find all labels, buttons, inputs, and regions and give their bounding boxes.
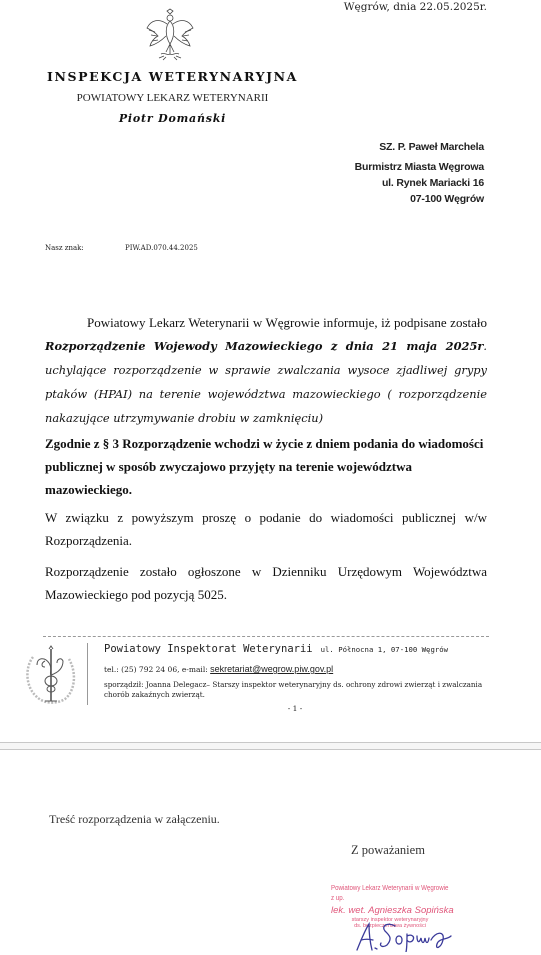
footer-vertical-divider: [87, 643, 88, 705]
organization-title: INSPEKCJA WETERYNARYJNA: [45, 69, 300, 84]
organization-subtitle: POWIATOWY LEKARZ WETERYNARII: [45, 92, 300, 104]
paragraph-effective-date: Zgodnie z § 3 Rozporządzenie wchodzi w ż…: [45, 432, 487, 501]
stamp-on-behalf: z up.: [331, 893, 344, 902]
paragraph-publication: Rozporządzenie zostało ogłoszone w Dzien…: [45, 560, 487, 606]
footer-organization-name: Powiatowy Inspektorat Weterynarii: [104, 643, 313, 655]
regulation-title: Rozporządzenie Wojewody Mazowieckiego z …: [45, 339, 483, 353]
footer-address: ul. Północna 1, 07-100 Węgrów: [321, 645, 448, 654]
footer-divider: [43, 636, 489, 637]
recipient-title: Burmistrz Miasta Węgrowa: [355, 161, 484, 173]
stamp-office: Powiatowy Lekarz Weterynarii w Węgrowie: [331, 883, 448, 892]
polish-eagle-emblem-icon: [143, 8, 197, 66]
closing-salutation: Z poważaniem: [351, 843, 425, 858]
reference-label: Nasz znak:: [45, 244, 84, 252]
footer-contact: tel.: (25) 792 24 06, e-mail: sekretaria…: [104, 664, 333, 674]
paragraph-announcement: Powiatowy Lekarz Weterynarii w Węgrowie …: [45, 311, 487, 430]
document-date: Węgrów, dnia 22.05.2025r.: [344, 1, 487, 13]
recipient-city: 07-100 Węgrów: [410, 193, 484, 205]
page-separator: [0, 742, 541, 750]
footer-phone: tel.: (25) 792 24 06, e-mail:: [104, 665, 210, 674]
footer-email-link[interactable]: sekretariat@wegrow.piw.gov.pl: [210, 664, 333, 674]
organization-person: Piotr Domański: [45, 112, 300, 125]
footer-prepared-by: sporządził: Joanna Delegacz– Starszy ins…: [104, 680, 494, 700]
announcement-intro: Powiatowy Lekarz Weterynarii w Węgrowie …: [87, 315, 487, 330]
stamp-signatory-name: lek. wet. Agnieszka Sopińska: [331, 905, 454, 916]
footer-organization: Powiatowy Inspektorat Weterynariiul. Pół…: [104, 643, 448, 655]
paragraph-request: W związku z powyższym proszę o podanie d…: [45, 506, 487, 552]
caduceus-logo-icon: [23, 643, 79, 709]
reference-number: PIW.AD.070.44.2025: [125, 244, 198, 252]
attachment-note: Treść rozporządzenia w załączeniu.: [49, 812, 220, 827]
recipient-name: SZ. P. Paweł Marchela: [379, 141, 484, 153]
handwritten-signature-icon: [355, 918, 455, 952]
page-number: - 1 -: [0, 704, 541, 713]
recipient-street: ul. Rynek Mariacki 16: [382, 177, 484, 189]
